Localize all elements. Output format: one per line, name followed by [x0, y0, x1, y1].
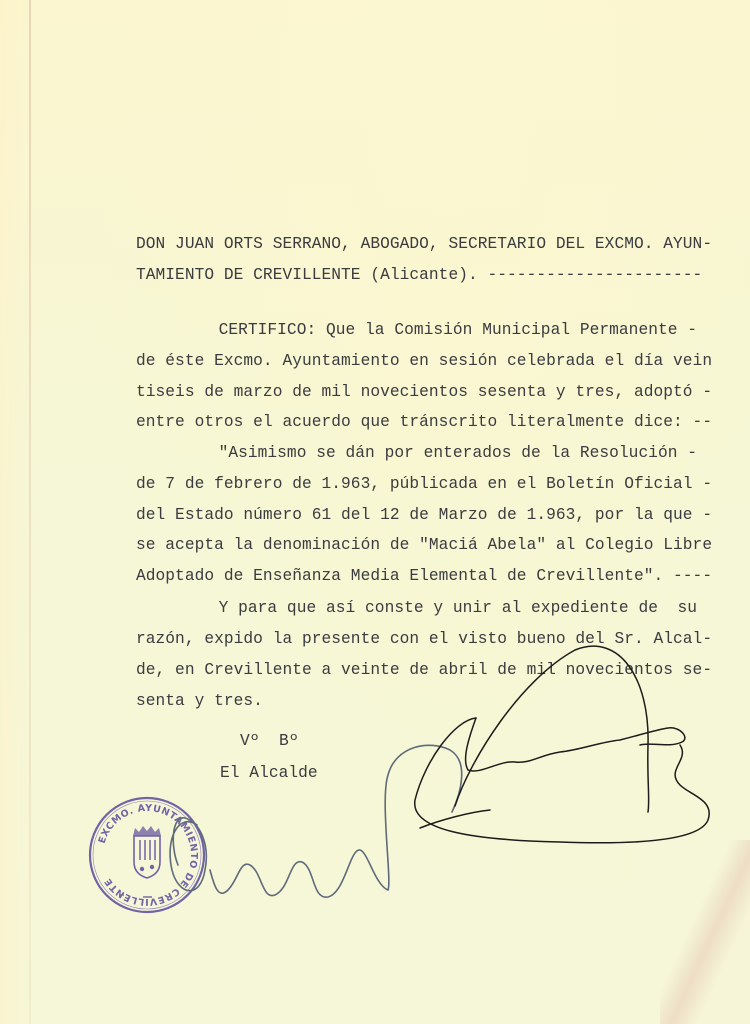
- official-stamp: EXCMO. AYUNTAMIENTO DE CREVILLENTE: [90, 798, 204, 912]
- signatures-and-stamp: EXCMO. AYUNTAMIENTO DE CREVILLENTE: [0, 0, 750, 1024]
- left-signature: [170, 745, 462, 897]
- coat-of-arms-icon: [133, 826, 161, 878]
- right-signature: [415, 646, 710, 843]
